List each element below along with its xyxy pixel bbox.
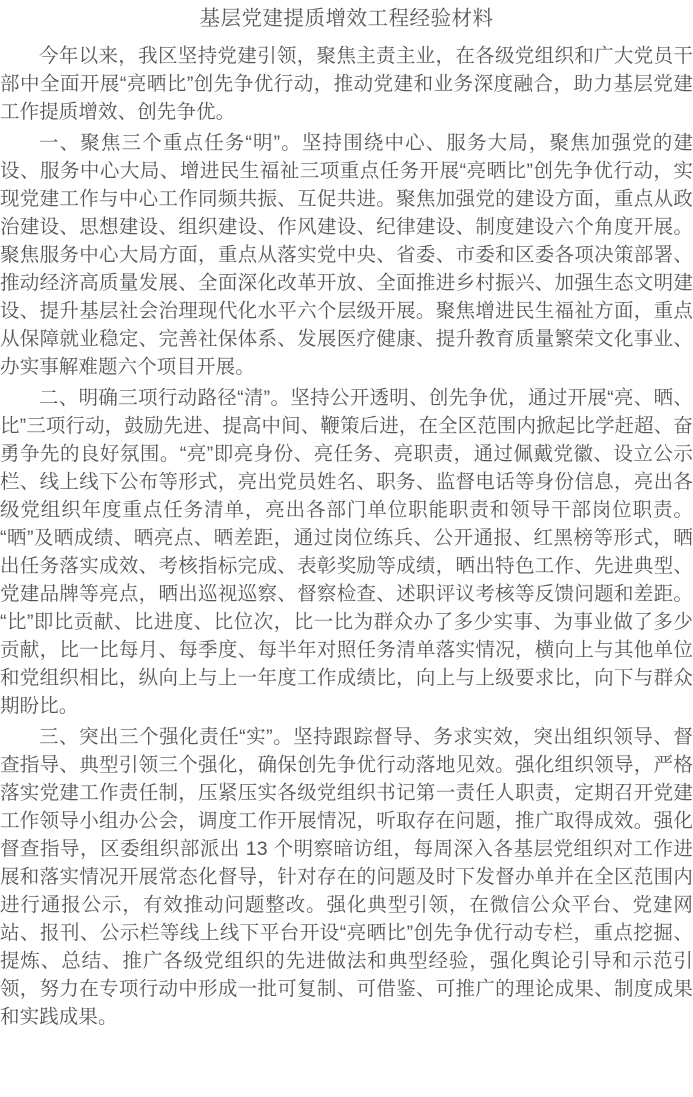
document-title: 基层党建提质增效工程经验材料 xyxy=(0,5,693,32)
document-page: 基层党建提质增效工程经验材料 今年以来，我区坚持党建引领，聚焦主责主业，在各级党… xyxy=(0,0,693,1097)
paragraph-section-2: 二、明确三项行动路径“清”。坚持公开透明、创先争优，通过开展“亮、晒、比”三项行… xyxy=(0,384,693,720)
paragraph-intro: 今年以来，我区坚持党建引领，聚焦主责主业，在各级党组织和广大党员干部中全面开展“… xyxy=(0,42,693,126)
paragraph-section-3: 三、突出三个强化责任“实”。坚持跟踪督导、务求实效，突出组织领导、督查指导、典型… xyxy=(0,723,693,1031)
paragraph-section-1: 一、聚焦三个重点任务“明”。坚持围绕中心、服务大局，聚焦加强党的建设、服务中心大… xyxy=(0,129,693,381)
